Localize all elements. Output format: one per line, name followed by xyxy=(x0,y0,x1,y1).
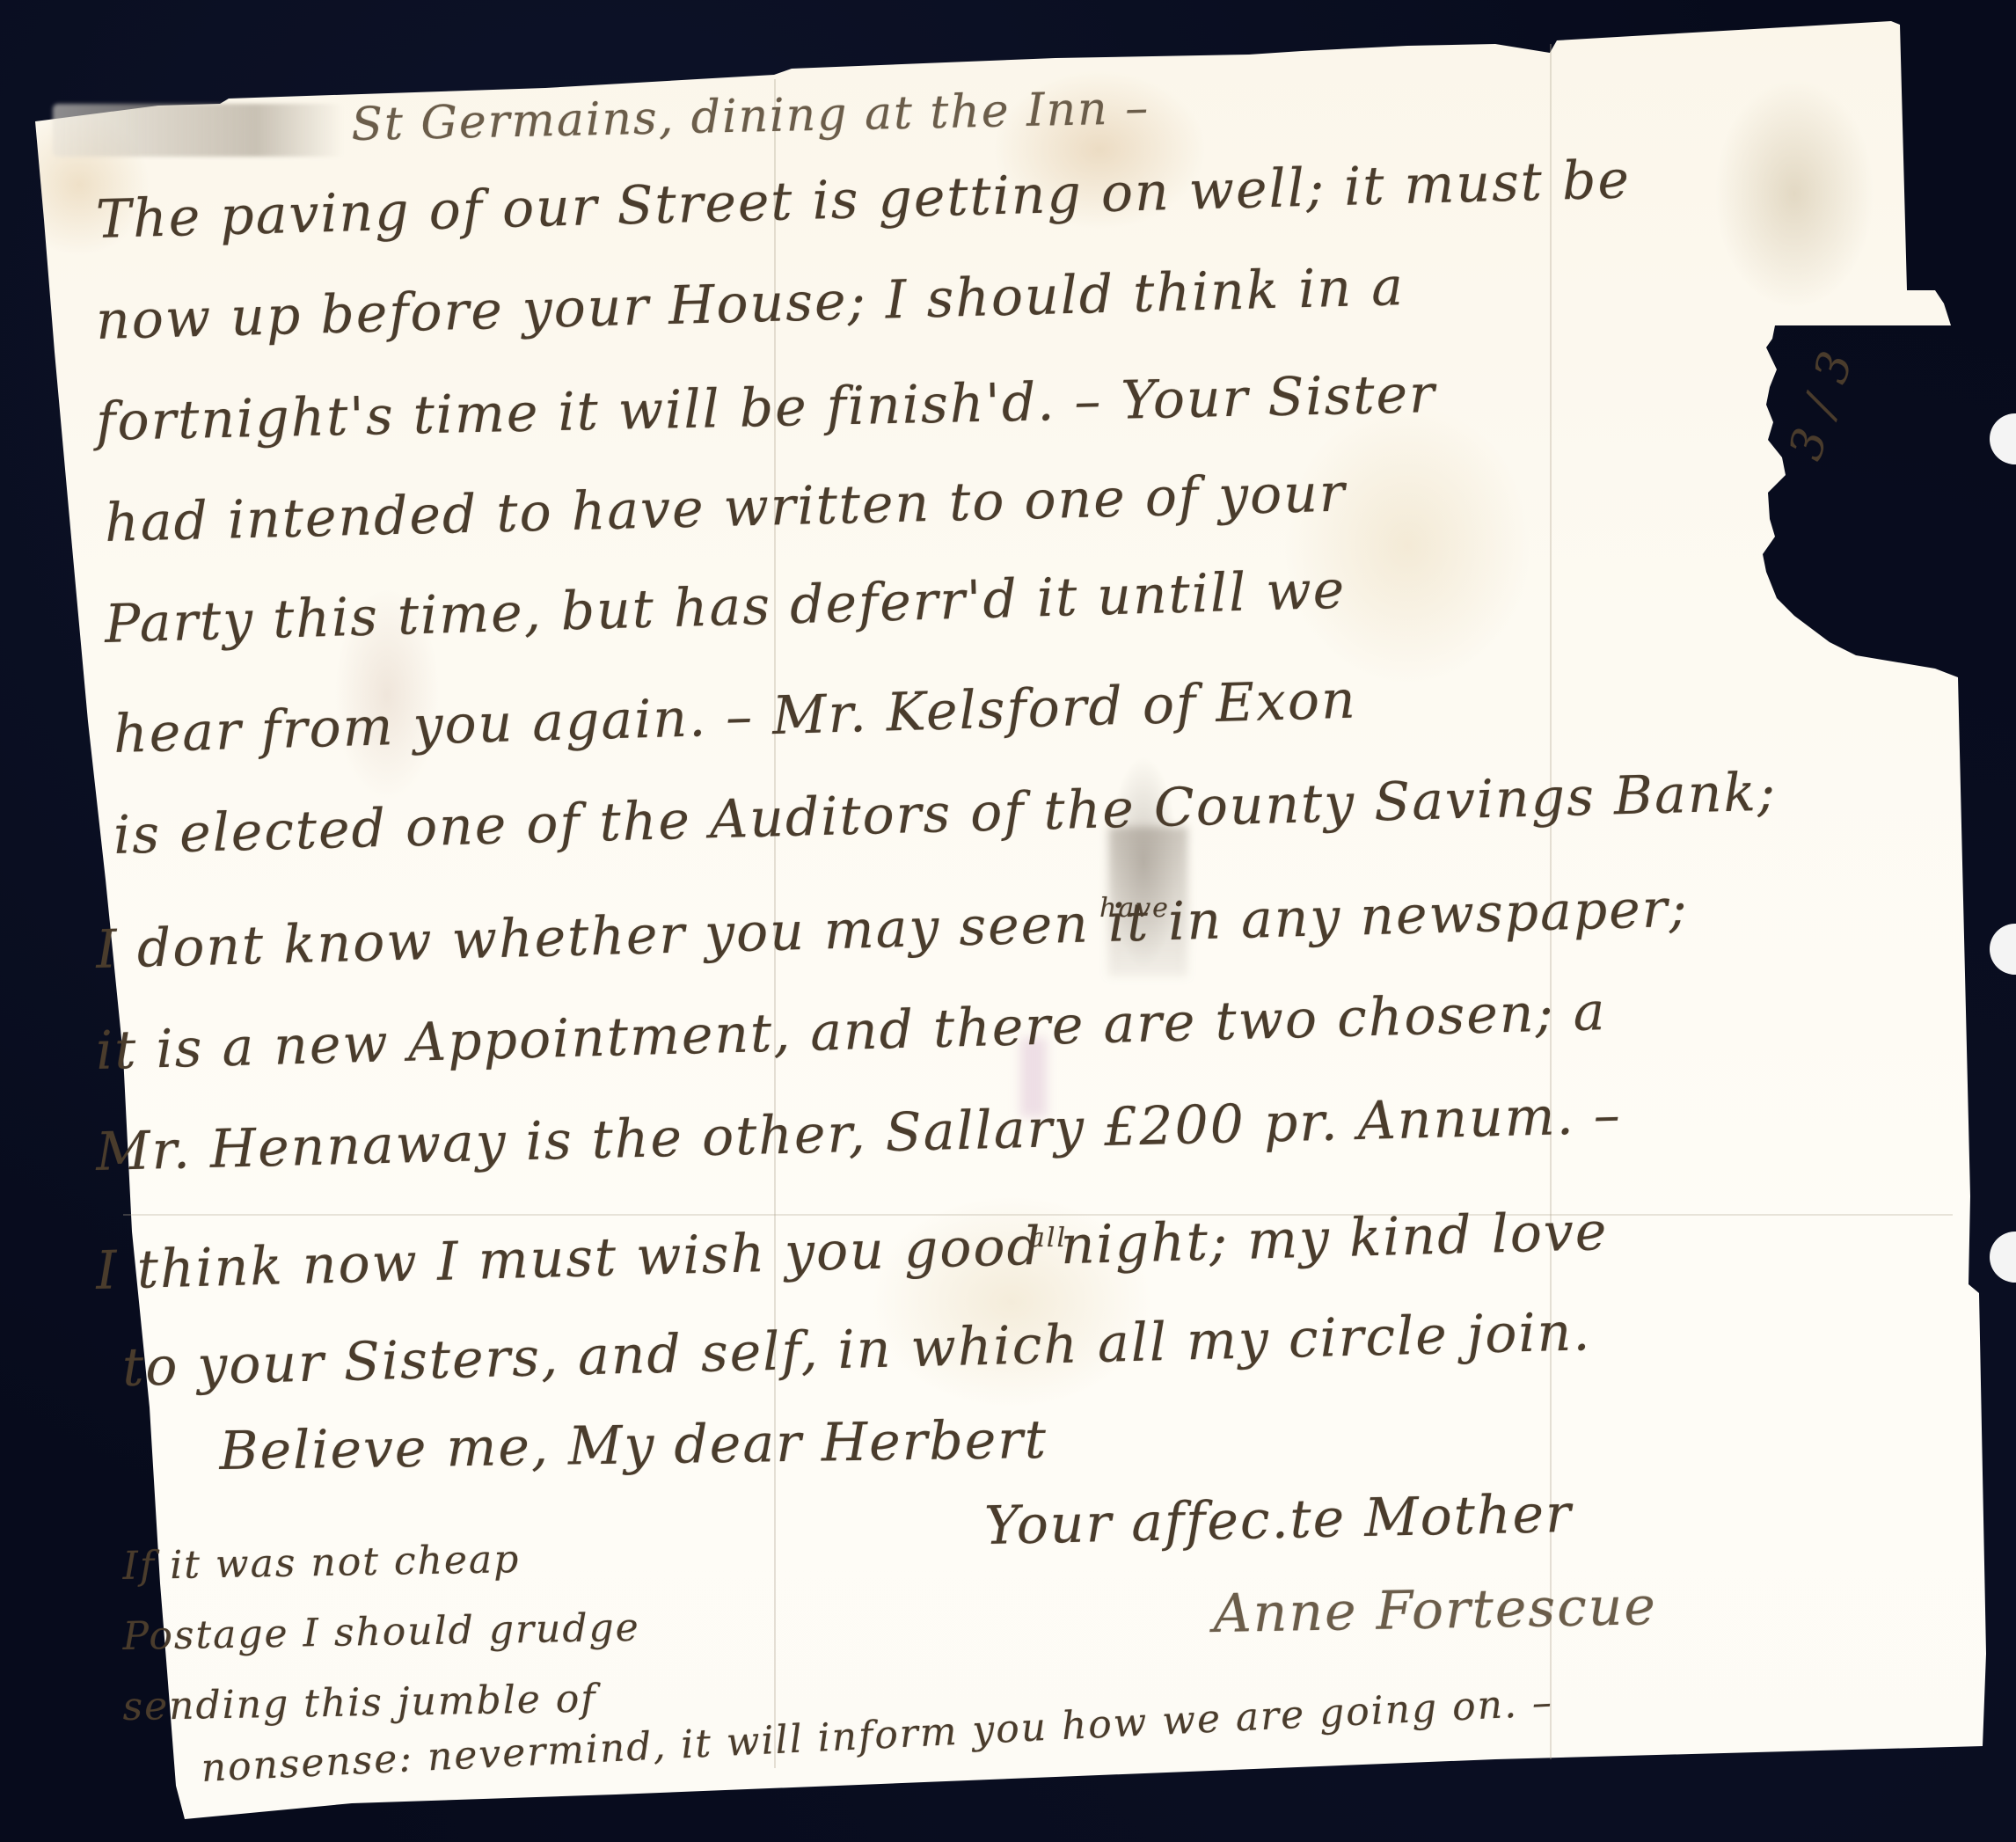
postscript-line: sending this jumble of xyxy=(122,1677,597,1729)
binder-hole xyxy=(1990,1232,2016,1283)
binder-hole xyxy=(1990,413,2016,464)
signature: Anne Fortescue xyxy=(1213,1575,1658,1645)
closing-valediction: Your affec.te Mother xyxy=(984,1483,1574,1557)
closing-salutation: Believe me, My dear Herbert xyxy=(219,1409,1048,1482)
scan-background: St Germains, dining at the Inn – 3 / 3 T… xyxy=(0,0,2016,1842)
binder-hole xyxy=(1990,924,2016,975)
postscript-line: Postage I should grudge xyxy=(122,1605,640,1659)
margin-note: 3 / 3 xyxy=(1779,344,1864,466)
erased-text-stain xyxy=(53,104,343,157)
postscript-line: If it was not cheap xyxy=(122,1537,521,1589)
